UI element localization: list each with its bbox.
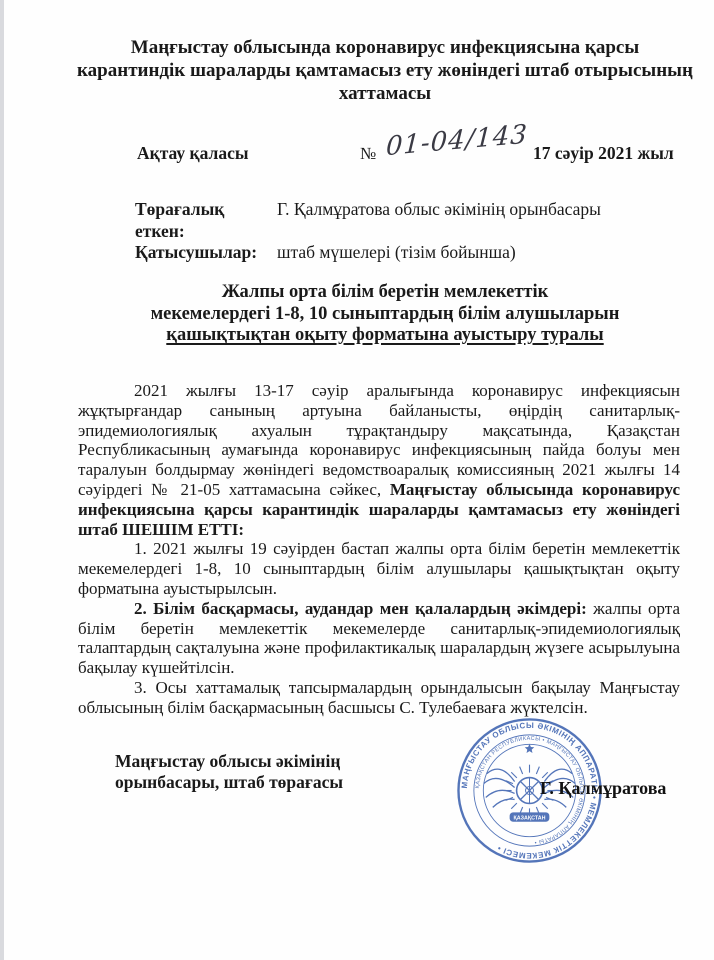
number-sign: № (360, 144, 376, 164)
participants-value: штаб мүшелері (тізім бойынша) (277, 242, 516, 264)
signature-name: Г. Қалмұратова (540, 778, 666, 799)
participants-label: Қатысушылар: (135, 242, 277, 264)
decision-item-3: 3. Осы хаттамалық тапсырмалардың орындал… (78, 678, 680, 718)
participants-row: Қатысушылар: штаб мүшелері (тізім бойынш… (135, 242, 601, 264)
subject-line-1: Жалпы орта білім беретін мемлекеттік (56, 282, 714, 304)
signature-position-line-2: орынбасары, штаб төрағасы (115, 772, 343, 793)
meta-row: Ақтау қаласы № 01-04/143 17 сәуір 2021 ж… (0, 141, 714, 181)
title-line-3: хаттамасы (56, 82, 714, 105)
emblem-shanyrak (517, 778, 543, 804)
decision-item-2: 2. Білім басқармасы, аудандар мен қалала… (78, 599, 680, 678)
chair-block: Төрағалық еткен: Г. Қалмұратова облыс әк… (135, 199, 601, 264)
stamp-center-text: ҚАЗАҚСТАН (513, 815, 545, 821)
document-page: Маңғыстау облысында коронавирус инфекция… (0, 0, 714, 960)
signature-position-line-1: Маңғыстау облысы әкімінің (115, 751, 343, 772)
emblem-banner: ҚАЗАҚСТАН (510, 812, 550, 821)
paragraph-intro: 2021 жылғы 13-17 сәуір аралығында корона… (78, 381, 680, 539)
title-line-2: карантиндік шараларды қамтамасыз ету жөн… (56, 59, 714, 82)
body-text: 2021 жылғы 13-17 сәуір аралығында корона… (78, 381, 680, 718)
signature-position: Маңғыстау облысы әкімінің орынбасары, шт… (115, 751, 343, 793)
chairman-value: Г. Қалмұратова облыс әкімінің орынбасары (277, 199, 601, 242)
title-line-1: Маңғыстау облысында коронавирус инфекция… (56, 36, 714, 59)
decision-item-1: 1. 2021 жылғы 19 сәуірден бастап жалпы о… (78, 539, 680, 598)
date-label: 17 сәуір 2021 жыл (533, 143, 674, 164)
emblem-star-icon (525, 744, 535, 753)
city-label: Ақтау қаласы (137, 143, 249, 164)
chairman-label: Төрағалық еткен: (135, 199, 277, 242)
document-title: Маңғыстау облысында коронавирус инфекция… (56, 36, 714, 105)
subject-line-3-underlined: қашықтықтан оқыту форматына ауыстыру тур… (56, 325, 714, 347)
chairman-row: Төрағалық еткен: Г. Қалмұратова облыс әк… (135, 199, 601, 242)
subject-heading: Жалпы орта білім беретін мемлекеттік мек… (56, 282, 714, 347)
emblem-left-wing (484, 769, 515, 807)
handwritten-number: 01-04/143 (385, 119, 528, 162)
decision-item-2-bold: 2. Білім басқармасы, аудандар мен қалала… (134, 599, 587, 618)
subject-line-2: мекемелердегі 1-8, 10 сыныптардың білім … (56, 304, 714, 326)
